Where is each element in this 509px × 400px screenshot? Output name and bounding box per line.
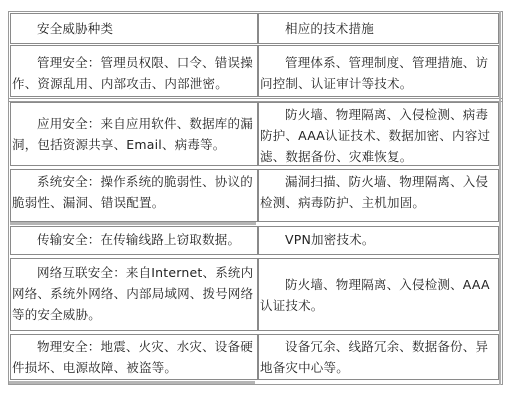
threat-text: 应用安全：来自应用软件、数据库的漏洞，包括资源共享、Email、病毒等。 [12, 113, 254, 155]
measure-text: 设备冗余、线路冗余、数据备份、异地备灾中心等。 [260, 339, 488, 375]
table-row: 物理安全：地震、火灾、水灾、设备硬件损坏、电源故障、被盗等。 设备冗余、线路冗余… [9, 334, 502, 380]
header-technical-measures-label: 相应的技术措施 [285, 21, 374, 36]
table-right-shadow [499, 11, 501, 385]
measure-cell: 管理体系、管理制度、管理措施、访问控制、认证审计等技术。 [258, 45, 499, 97]
measure-cell: 漏洞扫描、防火墙、物理隔离、入侵检测、病毒防护、主机加固。 [258, 169, 499, 222]
table-row: 传输安全：在传输线路上窃取数据。 VPN加密技术。 [9, 226, 502, 255]
measure-cell: 防火墙、物理隔离、入侵检测、AAA认证技术。 [258, 258, 499, 331]
measure-cell: 设备冗余、线路冗余、数据备份、异地备灾中心等。 [258, 334, 499, 380]
threat-cell: 应用安全：来自应用软件、数据库的漏洞，包括资源共享、Email、病毒等。 [10, 102, 258, 166]
threat-cell: 网络互联安全：来自Internet、系统内网络、系统外网络、内部局域网、拨号网络… [10, 258, 258, 331]
threat-text: 传输安全：在传输线路上窃取数据。 [37, 232, 240, 247]
security-threats-table: 安全威胁种类 相应的技术措施 管理安全：管理员权限、口令、错误操作、资源乱用、内… [8, 11, 503, 385]
threat-text: 网络互联安全：来自Internet、系统内网络、系统外网络、内部局域网、拨号网络… [12, 265, 253, 322]
table-row: 应用安全：来自应用软件、数据库的漏洞，包括资源共享、Email、病毒等。 防火墙… [9, 102, 502, 166]
measure-text: 防火墙、物理隔离、入侵检测、病毒防护、AAA认证技术、数据加密、内容过滤、数据备… [260, 107, 490, 164]
row-divider [10, 222, 256, 225]
threat-text: 管理安全：管理员权限、口令、错误操作、资源乱用、内部攻击、内部泄密。 [12, 55, 253, 91]
measure-text: 管理体系、管理制度、管理措施、访问控制、认证审计等技术。 [260, 55, 488, 91]
table-row: 系统安全：操作系统的脆弱性、协议的脆弱性、漏洞、错误配置。 漏洞扫描、防火墙、物… [9, 169, 502, 222]
table-row: 管理安全：管理员权限、口令、错误操作、资源乱用、内部攻击、内部泄密。 管理体系、… [9, 45, 502, 97]
table-row: 网络互联安全：来自Internet、系统内网络、系统外网络、内部局域网、拨号网络… [9, 258, 502, 331]
table-header-row: 安全威胁种类 相应的技术措施 [9, 13, 502, 44]
measure-text: 漏洞扫描、防火墙、物理隔离、入侵检测、病毒防护、主机加固。 [260, 174, 488, 210]
header-threat-type: 安全威胁种类 [10, 13, 258, 44]
measure-cell: 防火墙、物理隔离、入侵检测、病毒防护、AAA认证技术、数据加密、内容过滤、数据备… [258, 102, 499, 166]
table-bottom-shadow [9, 381, 255, 384]
threat-text: 系统安全：操作系统的脆弱性、协议的脆弱性、漏洞、错误配置。 [12, 174, 253, 210]
header-threat-type-label: 安全威胁种类 [37, 21, 113, 36]
header-technical-measures: 相应的技术措施 [258, 13, 499, 44]
threat-cell: 管理安全：管理员权限、口令、错误操作、资源乱用、内部攻击、内部泄密。 [10, 45, 258, 97]
threat-cell: 传输安全：在传输线路上窃取数据。 [10, 226, 258, 255]
measure-text: 防火墙、物理隔离、入侵检测、AAA认证技术。 [260, 274, 495, 316]
threat-cell: 系统安全：操作系统的脆弱性、协议的脆弱性、漏洞、错误配置。 [10, 169, 258, 222]
threat-cell: 物理安全：地震、火灾、水灾、设备硬件损坏、电源故障、被盗等。 [10, 334, 258, 380]
threat-text: 物理安全：地震、火灾、水灾、设备硬件损坏、电源故障、被盗等。 [12, 339, 253, 375]
measure-cell: VPN加密技术。 [258, 226, 499, 255]
measure-text: VPN加密技术。 [285, 232, 375, 247]
